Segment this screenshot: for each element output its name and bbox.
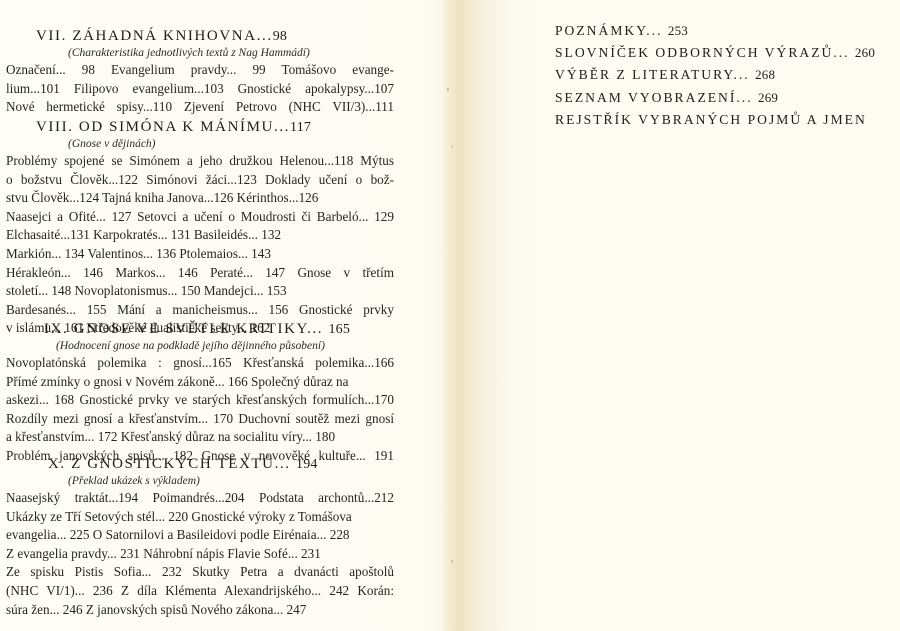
entry-line: Elchasaité...131 Karpokratés... 131 Basi… (6, 226, 394, 245)
paper-speck (447, 88, 449, 91)
toc-appendix-list: POZNÁMKY... 253 SLOVNÍČEK ODBORNÝCH VÝRA… (555, 20, 875, 131)
entry-line: (NHC VI/1)... 236 Z díla Klémenta Alexan… (6, 582, 394, 601)
entry-line: Naasejci a Ofité... 127 Setovci a učení … (6, 208, 394, 227)
entry-line: a křesťanstvím... 172 Křesťanský důraz n… (6, 428, 394, 447)
leader-dots: ... (257, 28, 273, 44)
book-spread: VII. ZÁHADNÁ KNIHOVNA...98 (Charakterist… (0, 0, 900, 631)
toc-item-poznamky: POZNÁMKY... 253 (555, 20, 875, 42)
page-number: 260 (855, 45, 875, 60)
entry-line: Ze spisku Pistis Sofia... 232 Skutky Pet… (6, 563, 394, 582)
entry-line: století... 148 Novoplatonismus... 150 Ma… (6, 282, 394, 301)
item-title: SEZNAM VYOBRAZENÍ (555, 90, 736, 105)
section-title-text: VII. ZÁHADNÁ KNIHOVNA (36, 28, 257, 44)
item-title: POZNÁMKY (555, 23, 646, 38)
section-title-text: IX. GNOSE VE SVĚTLE KRITIKY (44, 321, 307, 337)
entry-line: Bardesanés... 155 Mání a manicheismus...… (6, 301, 394, 320)
section-title-text: VIII. OD SIMÓNA K MÁNÍMU (36, 119, 274, 135)
section-entries: Označení... 98 Evangelium pravdy... 99 T… (6, 61, 394, 117)
entry-line: Problémy spojené se Simónem a jeho družk… (6, 152, 394, 171)
leader-dots: ... (307, 321, 328, 337)
page-number: 98 (273, 29, 287, 44)
leader-dots: ... (736, 90, 758, 105)
entry-line: askezi... 168 Gnostické prvky ve starých… (6, 391, 394, 410)
page-number: 253 (668, 23, 688, 38)
toc-item-vyber-z-literatury: VÝBĚR Z LITERATURY... 268 (555, 64, 875, 86)
toc-item-slovnicek: SLOVNÍČEK ODBORNÝCH VÝRAZŮ... 260 (555, 42, 875, 64)
paper-speck (451, 145, 453, 148)
entry-line: Novoplatónská polemika : gnosí...165 Kře… (6, 354, 394, 373)
page-number: 117 (290, 120, 311, 135)
entry-line: Označení... 98 Evangelium pravdy... 99 T… (6, 61, 394, 80)
page-number: 194 (296, 457, 318, 472)
right-page: POZNÁMKY... 253 SLOVNÍČEK ODBORNÝCH VÝRA… (455, 0, 900, 631)
entry-line: Naasejský traktát...194 Poimandrés...204… (6, 489, 394, 508)
section-subtitle: (Hodnocení gnose na podkladě jejího ději… (6, 339, 406, 354)
page-number: 268 (755, 67, 775, 82)
toc-item-seznam-vyobrazeni: SEZNAM VYOBRAZENÍ... 269 (555, 87, 875, 109)
section-title: X. Z GNOSTICKÝCH TEXTŮ... 194 (6, 455, 406, 474)
toc-item-rejstrik: REJSTŘÍK VYBRANÝCH POJMŮ A JMEN (555, 109, 875, 131)
entry-line: súra žen... 246 Z janovských spisů Novéh… (6, 601, 394, 620)
leader-dots: ... (275, 456, 296, 472)
item-title: REJSTŘÍK VYBRANÝCH POJMŮ A JMEN (555, 112, 867, 127)
entry-line: Markión... 134 Valentinos... 136 Ptolema… (6, 245, 394, 264)
entry-line: Nové hermetické spisy...110 Zjevení Petr… (6, 98, 394, 117)
entry-line: Z evangelia pravdy... 231 Náhrobní nápis… (6, 545, 394, 564)
section-title: IX. GNOSE VE SVĚTLE KRITIKY... 165 (6, 320, 406, 339)
entry-line: Hérakleón... 146 Markos... 146 Peraté...… (6, 264, 394, 283)
page-number: 165 (328, 322, 350, 337)
section-subtitle: (Překlad ukázek s výkladem) (6, 474, 406, 489)
entry-line: o božstvu Člověk...122 Simónovi žáci...1… (6, 171, 394, 190)
entry-line: stvu Člověk...124 Tajná kniha Janova...1… (6, 189, 394, 208)
leader-dots: ... (833, 45, 855, 60)
left-page: VII. ZÁHADNÁ KNIHOVNA...98 (Charakterist… (0, 0, 440, 631)
toc-section-vii: VII. ZÁHADNÁ KNIHOVNA...98 (Charakterist… (6, 27, 406, 117)
leader-dots: ... (646, 23, 668, 38)
leader-dots: ... (274, 119, 290, 135)
section-entries: Problémy spojené se Simónem a jeho družk… (6, 152, 394, 338)
page-number: 269 (758, 90, 778, 105)
item-title: VÝBĚR Z LITERATURY (555, 67, 734, 82)
section-subtitle: (Gnose v dějinách) (6, 137, 406, 152)
paper-speck (451, 560, 453, 563)
toc-section-x: X. Z GNOSTICKÝCH TEXTŮ... 194 (Překlad u… (6, 455, 406, 619)
item-title: SLOVNÍČEK ODBORNÝCH VÝRAZŮ (555, 45, 833, 60)
entry-line: lium...101 Filipovo evangelium...103 Gno… (6, 80, 394, 99)
section-entries: Novoplatónská polemika : gnosí...165 Kře… (6, 354, 394, 466)
toc-section-ix: IX. GNOSE VE SVĚTLE KRITIKY... 165 (Hodn… (6, 320, 406, 466)
leader-dots: ... (734, 67, 756, 82)
toc-section-viii: VIII. OD SIMÓNA K MÁNÍMU...117 (Gnose v … (6, 118, 406, 338)
entry-line: Rozdíly mezi gnosí a křesťanstvím... 170… (6, 410, 394, 429)
entry-line: Přímé zmínky o gnosi v Novém zákoně... 1… (6, 373, 394, 392)
section-title: VII. ZÁHADNÁ KNIHOVNA...98 (6, 27, 406, 46)
section-subtitle: (Charakteristika jednotlivých textů z Na… (6, 46, 406, 61)
entry-line: Ukázky ze Tří Setových stél... 220 Gnost… (6, 508, 394, 527)
section-title-text: X. Z GNOSTICKÝCH TEXTŮ (48, 456, 275, 472)
section-entries: Naasejský traktát...194 Poimandrés...204… (6, 489, 394, 619)
section-title: VIII. OD SIMÓNA K MÁNÍMU...117 (6, 118, 406, 137)
entry-line: evangelia... 225 O Satornilovi a Basilei… (6, 526, 394, 545)
